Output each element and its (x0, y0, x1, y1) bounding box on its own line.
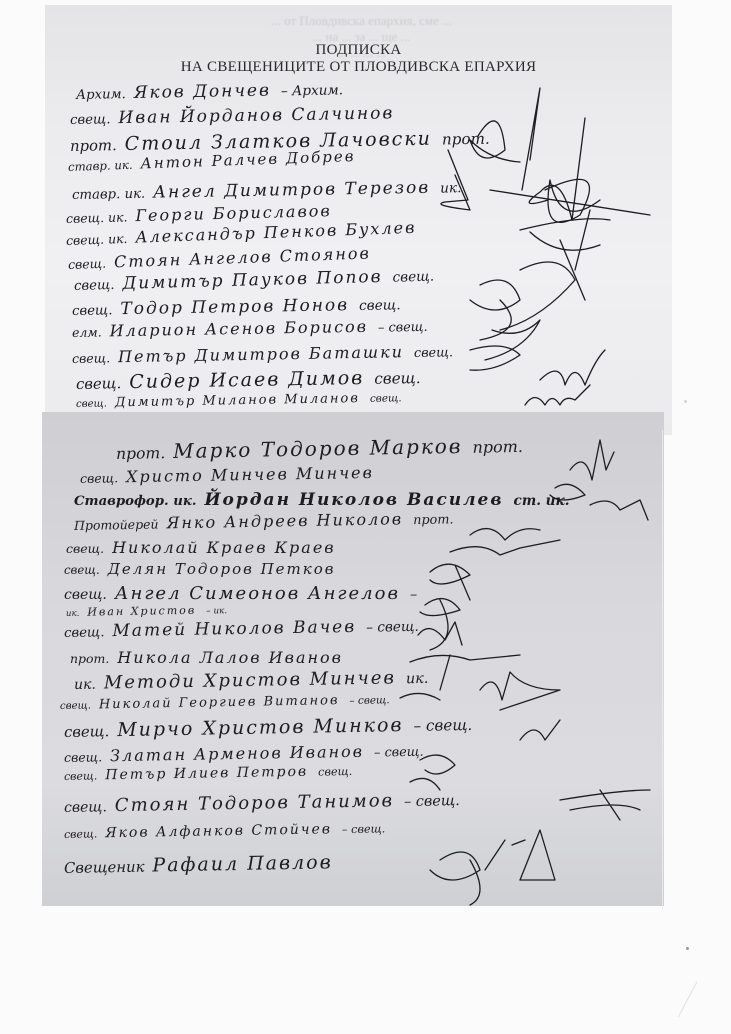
scan-speck (684, 400, 687, 403)
entry-name: Никола Лалов Иванов (117, 648, 343, 667)
entry-note: – свещ. (342, 822, 386, 836)
entry-rank: свещ. (76, 398, 107, 410)
entry-rank: свещ. (64, 723, 110, 741)
entry-note: – свещ. (374, 745, 424, 761)
entry-name: Тодор Петров Нонов (120, 295, 349, 319)
document-title: ПОДПИСКА (45, 42, 672, 59)
entry-note: свещ. (370, 392, 402, 405)
entry-rank: ставр. ик. (72, 187, 145, 203)
signatory-entry: свещ.Николай Краев Краев (66, 538, 346, 557)
entry-note: – свещ. (366, 619, 419, 636)
entry-rank: Архим. (76, 87, 126, 103)
entry-note: – ик. (206, 606, 227, 616)
entry-rank: прот. (70, 651, 109, 666)
entry-note: ст. ик. (514, 493, 570, 509)
entry-rank: Свещеник (64, 859, 145, 877)
page-edge-mark (678, 981, 715, 1026)
entry-note: свещ. (392, 269, 434, 286)
entry-note: ик. (440, 180, 461, 196)
entry-rank: свещ. (72, 303, 113, 319)
entry-rank: свещ. ик. (66, 209, 128, 226)
entry-note: прот. (442, 130, 490, 149)
entry-rank: свещ. (66, 541, 104, 556)
signatory-entry: свещ.Ангел Симеонов Ангелов– (64, 583, 417, 604)
entry-name: Рафаил Павлов (152, 851, 333, 876)
entry-rank: елм. (72, 324, 102, 340)
entry-rank: свещ. (64, 749, 102, 765)
entry-name: Делян Тодоров Петков (108, 560, 336, 578)
bleed-line-1: ... от Пловдивска епархия, сме ... (75, 13, 648, 29)
signatory-entry: прот.Никола Лалов Иванов (70, 648, 353, 667)
entry-rank: свещ. (64, 563, 100, 577)
entry-note: – Архим. (281, 82, 343, 99)
entry-note: ик. (406, 671, 429, 687)
entry-note: прот. (413, 512, 454, 528)
entry-rank: прот. (116, 444, 165, 463)
entry-name: Николай Краев Краев (112, 538, 336, 557)
entry-note: – (410, 587, 417, 603)
signatory-entry: Ставрофор. ик.Йордан Николов Василевст. … (74, 490, 570, 510)
entry-rank: ик. (66, 609, 80, 619)
entry-rank: свещ. (64, 799, 107, 816)
entry-note: свещ. (414, 345, 453, 361)
entry-rank: прот. (70, 137, 117, 155)
scan-speck (686, 947, 689, 950)
entry-note: свещ. (374, 369, 421, 388)
entry-name: Яков Дончев (134, 81, 272, 103)
entry-rank: свещ. (64, 587, 107, 603)
entry-note: – свещ. (349, 694, 389, 707)
entry-name: Йордан Николов Василев (204, 490, 503, 510)
entry-rank: свещ. (60, 700, 91, 712)
entry-rank: свещ. (72, 350, 110, 366)
entry-rank: свещ. ик. (66, 231, 128, 248)
document-subtitle: НА СВЕЩЕНИЦИТЕ ОТ ПЛОВДИВСКА ЕПАРХИЯ (45, 59, 672, 76)
entry-name: Матей Николов Вачев (112, 617, 356, 641)
entry-note: свещ. (359, 297, 401, 314)
entry-name: Марко Тодоров Марков (173, 434, 463, 463)
entry-rank: свещ. (64, 827, 98, 841)
entry-rank: свещ. (76, 375, 122, 393)
entry-rank: свещ. (64, 625, 105, 641)
entry-note: прот. (472, 437, 523, 457)
sheet-edge-shadow (662, 430, 663, 910)
entry-rank: свещ. (68, 256, 107, 272)
entry-name: Иван Христов (87, 604, 196, 619)
entry-note: – свещ. (413, 716, 472, 735)
entry-name: Ангел Симеонов Ангелов (115, 583, 400, 604)
entry-rank: свещ. (70, 112, 111, 128)
entry-name: Сидер Исаев Димов (129, 367, 364, 393)
entry-note: – свещ. (378, 320, 428, 336)
entry-note: свещ. (318, 765, 352, 779)
entry-rank: Протойерей (74, 517, 159, 533)
entry-rank: свещ. (80, 470, 118, 486)
entry-rank: ставр. ик. (68, 158, 133, 174)
signatory-entry: свещ.Делян Тодоров Петков (64, 560, 346, 578)
entry-rank: ик. (74, 677, 96, 693)
entry-rank: свещ. (64, 769, 98, 783)
entry-rank: свещ. (74, 278, 115, 294)
entry-note: – свещ. (404, 793, 460, 810)
entry-rank: Ставрофор. ик. (74, 494, 196, 509)
